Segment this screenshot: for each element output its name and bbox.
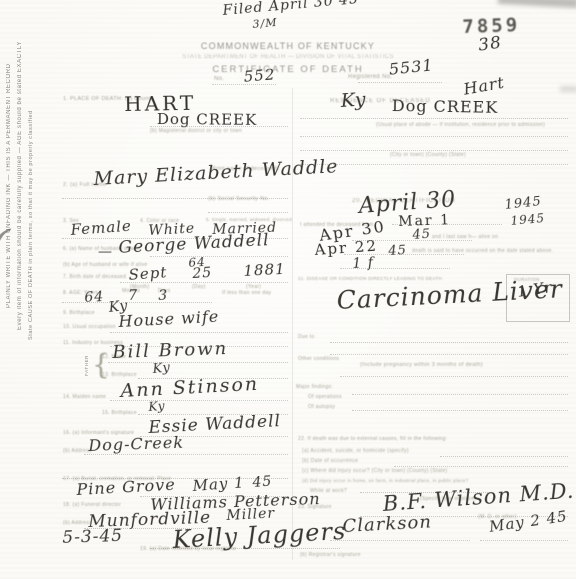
rule-line	[340, 376, 568, 377]
rule-line	[394, 466, 568, 467]
rule-line	[340, 268, 450, 269]
at-work-label: While at work?	[310, 488, 347, 494]
major-findings-label: Major findings:	[296, 384, 333, 390]
birthdate-label: 7. Birth date of deceased	[63, 274, 126, 280]
rule-line	[440, 456, 568, 457]
of-operations-label: Of operations	[308, 394, 342, 400]
sex-value: Female	[70, 217, 132, 239]
rule-line	[150, 256, 288, 257]
accident-label: (a) Accident, suicide, or homicide (spec…	[302, 448, 409, 454]
rule-line	[150, 548, 340, 549]
rule-line	[358, 82, 442, 83]
less-than-day-label: If less than one day	[222, 290, 271, 296]
rule-line	[300, 164, 568, 165]
registrar-label: (b) Registrar's signature	[300, 552, 361, 558]
director-label: 18. (a) Funeral director	[63, 502, 121, 508]
residence-county-value: Hart	[462, 73, 506, 99]
burial-year-value: 45	[252, 474, 273, 491]
margin-instructions: PLAINLY WRITE WITH UNFADING INK — THIS I…	[6, 63, 12, 308]
hour-mark-value: 1 f	[352, 255, 374, 272]
rule-line	[300, 118, 568, 119]
rule-line	[352, 410, 568, 411]
of-autopsy-label: Of autopsy	[308, 404, 335, 410]
father-group-label: FATHER	[84, 355, 89, 376]
physician-address-value: Clarkson	[342, 511, 432, 537]
date-received-value: 5-3-45	[62, 526, 123, 548]
mother-birthplace-label: 15. Birthplace	[102, 410, 137, 416]
ssn-label: (b) Social Security No.	[208, 196, 270, 202]
rule-line	[300, 150, 568, 151]
rule-line	[330, 540, 470, 541]
residence-note: (Usual place of abode — if institution, …	[376, 122, 545, 128]
rule-line	[150, 126, 288, 127]
attended-to-year: 45	[412, 227, 432, 243]
rule-line	[62, 478, 288, 479]
filed-annotation: Filed April 30 45	[222, 0, 359, 19]
scan-smudge	[498, 0, 576, 8]
date-signed-value: May 2 45	[488, 507, 569, 536]
other-conditions-label: Other conditions	[298, 356, 339, 362]
age-years-value: 64	[84, 289, 105, 306]
signature-label: 23. Signature	[298, 504, 332, 510]
occupation-label: 10. Usual occupation	[63, 324, 116, 330]
residence-note-2: (City or town) (County) (State)	[390, 152, 466, 158]
residence-city-value: Dog CREEK	[392, 96, 499, 117]
margin-instructions: State CAUSE OF DEATH in plain terms, so …	[28, 110, 34, 340]
due-to-label: Due to	[298, 334, 315, 340]
rule-line	[84, 454, 288, 455]
rule-line	[120, 282, 288, 283]
filed-annotation-sub: 3/M	[252, 16, 278, 31]
disease-label: 21. DISEASE OR CONDITION DIRECTLY LEADIN…	[298, 276, 442, 281]
rule-line	[110, 332, 288, 333]
residence-state-value: Ky	[340, 88, 367, 112]
birthplace-label: 9. Birthplace	[63, 310, 95, 316]
rule-line	[330, 342, 568, 343]
handwritten-number-38: 38	[477, 33, 503, 56]
department-heading: STATE DEPARTMENT OF HEALTH — DIVISION OF…	[168, 54, 408, 60]
attended-from-year: 1945	[510, 211, 546, 228]
informant-address-value: Dog-Creek	[88, 433, 184, 455]
mother-birthplace-value: Ky	[148, 399, 166, 414]
father-birthplace-label: 13. Birthplace	[102, 372, 137, 378]
file-no-value: 552	[243, 65, 276, 86]
occupation-value: House wife	[118, 307, 220, 331]
rule-line	[352, 394, 568, 395]
external-causes-label: 22. If death was due to external causes,…	[298, 436, 447, 442]
mother-name-label: 14. Maiden name	[63, 394, 106, 400]
rule-line	[140, 496, 288, 497]
rule-line	[480, 540, 568, 541]
rule-line	[300, 136, 568, 137]
margin-instructions: Every item of information should be care…	[17, 41, 23, 330]
last-saw-year: 45	[388, 243, 407, 259]
district-label: (b) Magisterial district or city or town	[150, 128, 242, 134]
death-year-value: 1945	[504, 194, 542, 213]
spouse-dash-mark: —	[98, 244, 113, 260]
registered-no-label: Registered No.	[348, 74, 392, 80]
rule-line	[108, 362, 288, 363]
pregnancy-note: (Include pregnancy within 3 months of de…	[360, 362, 483, 368]
birth-month-value: Sept	[128, 263, 168, 284]
rule-line	[62, 302, 212, 303]
spouse-value: George Waddell	[118, 230, 270, 258]
full-name-value: Mary Elizabeth Waddle	[93, 155, 339, 190]
father-birthplace-value: Ky	[152, 360, 171, 377]
registered-no-value: 5531	[388, 55, 434, 79]
birth-year-value: 1881	[243, 260, 286, 280]
father-value: Bill Brown	[112, 338, 229, 363]
day-sublabel: (Day)	[192, 284, 206, 290]
rule-line	[212, 84, 276, 85]
injury-place-label: (d) Did injury occur in home, on farm, i…	[302, 478, 468, 483]
commonwealth-heading: COMMONWEALTH OF KENTUCKY	[168, 41, 408, 51]
rule-line	[208, 212, 288, 213]
occurrence-label: (b) Date of occurrence	[302, 458, 358, 464]
injury-where-label: (c) Where did injury occur? (City or tow…	[302, 468, 448, 474]
birth-day-value: 25	[192, 265, 213, 282]
scan-smudge	[560, 86, 576, 92]
file-no-label: No.	[214, 76, 224, 82]
rule-line	[110, 400, 288, 401]
last-saw-label: and I last saw h— alive on	[432, 234, 498, 240]
rule-line	[330, 354, 568, 355]
death-certificate-scan: PLAINLY WRITE WITH UNFADING INK — THIS I…	[0, 0, 576, 579]
